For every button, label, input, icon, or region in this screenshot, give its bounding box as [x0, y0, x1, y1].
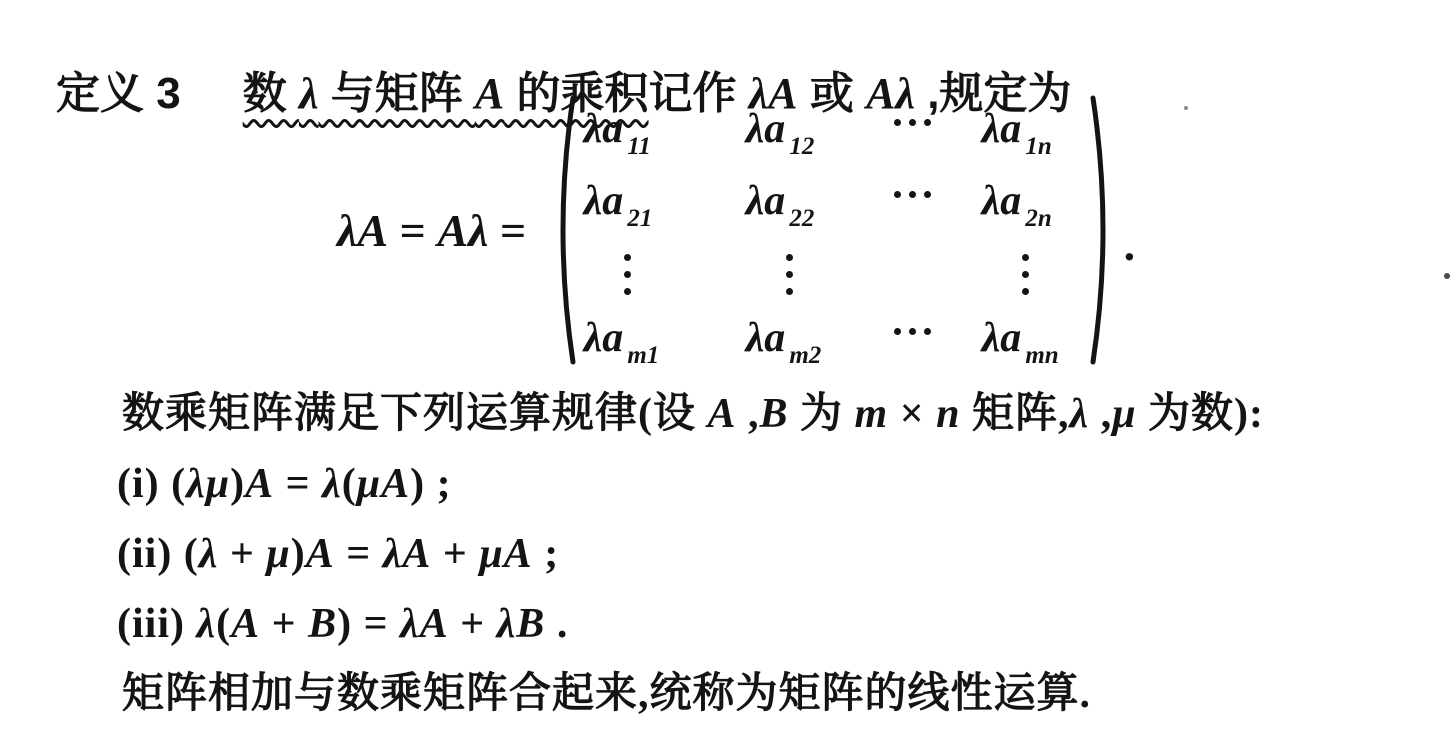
text-segment: 矩阵, — [961, 391, 1070, 437]
text-segment: μ — [266, 531, 290, 577]
definition-label: 定义 3 — [56, 69, 181, 118]
text-segment: A — [357, 205, 388, 256]
matrix-cell — [894, 126, 931, 133]
text-segment: λ — [1070, 391, 1090, 437]
text-segment: 为 — [789, 391, 855, 437]
text-segment: B — [760, 391, 789, 437]
text-segment: A — [437, 205, 468, 256]
rules-intro-paragraph: 数乘矩阵满足下列运算规律(设 A ,B 为 m × n 矩阵,λ ,μ 为数): — [122, 388, 1264, 440]
text-segment: B — [308, 601, 337, 647]
text-segment: (ii) ( — [117, 531, 199, 577]
text-segment: λ — [337, 205, 357, 256]
text-segment: A — [231, 601, 260, 647]
matrix-cell: λamn — [982, 317, 1059, 359]
closing-paragraph: 矩阵相加与数乘矩阵合起来,统称为矩阵的线性运算. — [122, 668, 1091, 720]
text-segment: (iii) — [117, 601, 196, 647]
matrix-cell: λam2 — [746, 317, 822, 359]
matrix-cell: λa12 — [746, 108, 815, 150]
text-segment: + — [449, 601, 497, 647]
text-segment: ) ; — [410, 461, 451, 507]
text-segment: × — [888, 391, 936, 437]
text-segment: m — [855, 391, 889, 437]
matrix-cell: λa2n — [982, 180, 1052, 222]
text-segment: (i) ( — [117, 461, 186, 507]
text-segment: A — [245, 461, 274, 507]
rule-item-iii: (iii) λ(A + B) = λA + λB . — [117, 598, 568, 650]
equation-lhs: λA = Aλ = — [337, 204, 538, 257]
text-segment: μ — [479, 531, 503, 577]
text-segment: = — [388, 205, 437, 256]
text-segment: = — [335, 531, 383, 577]
text-segment: λ — [199, 531, 219, 577]
matrix-cell — [894, 198, 931, 205]
rule-item-i: (i) (λμ)A = λ(μA) ; — [117, 458, 452, 510]
matrix-grid: λa11 λa12 λa1n λa21 λa22 λa2n λam1 λam2 … — [576, 94, 1090, 366]
vdots-icon — [1022, 244, 1029, 305]
text-segment: A — [306, 531, 335, 577]
matrix-cell — [584, 244, 672, 305]
text-segment: , — [1089, 391, 1112, 437]
text-segment: ) — [291, 531, 306, 577]
text-segment: A — [420, 601, 449, 647]
text-segment: + — [431, 531, 479, 577]
text-segment: 为数): — [1137, 391, 1264, 437]
matrix-cell: λa21 — [584, 180, 653, 222]
matrix-cell: λa11 — [584, 108, 651, 150]
text-segment: = — [488, 205, 537, 256]
text-segment: ; — [533, 531, 560, 577]
equation-period: . — [1124, 218, 1136, 271]
text-segment: + — [218, 531, 266, 577]
text-segment: 数 — [243, 69, 299, 118]
text-segment: + — [260, 601, 308, 647]
cdots-icon — [894, 119, 931, 126]
text-segment: 矩阵相加与数乘矩阵合起来,统称为矩阵的线性运算. — [122, 671, 1091, 717]
matrix-cell: λa22 — [746, 180, 815, 222]
text-segment: ( — [342, 461, 357, 507]
text-segment: n — [936, 391, 960, 437]
cdots-icon — [894, 328, 931, 335]
right-parenthesis — [1090, 94, 1116, 366]
text-segment: λμ — [186, 461, 230, 507]
matrix-cell: λam1 — [584, 317, 660, 359]
text-segment: μ — [357, 461, 381, 507]
vdots-icon — [624, 244, 631, 305]
text-segment: A — [381, 461, 410, 507]
text-segment: A — [504, 531, 533, 577]
text-segment: A — [402, 531, 431, 577]
matrix-cell — [982, 244, 1070, 305]
text-segment: λ — [400, 601, 420, 647]
matrix-cell: λa1n — [982, 108, 1052, 150]
scan-speck — [1184, 106, 1188, 110]
text-segment: ) = — [337, 601, 400, 647]
cdots-icon — [894, 191, 931, 198]
vdots-icon — [786, 244, 793, 305]
matrix-cell — [746, 244, 834, 305]
matrix-equation: λA = Aλ = λa11 λa12 λa1n λa21 λa22 λa2n … — [337, 92, 1135, 368]
text-segment: ) — [230, 461, 245, 507]
matrix-cell — [894, 335, 931, 342]
text-segment: = — [274, 461, 322, 507]
text-segment: λ — [322, 461, 342, 507]
text-segment: B — [516, 601, 545, 647]
text-segment: λ — [299, 69, 319, 118]
text-segment: . — [545, 601, 568, 647]
text-segment: λ — [497, 601, 517, 647]
text-segment: λ — [383, 531, 403, 577]
text-segment: A — [708, 391, 737, 437]
scan-speck — [1444, 273, 1450, 279]
textbook-page: 定义 3数 λ 与矩阵 A 的乘积记作 λA 或 Aλ ,规定为 λA = Aλ… — [0, 0, 1456, 750]
text-segment: λ — [468, 205, 488, 256]
rule-item-ii: (ii) (λ + μ)A = λA + μA ; — [117, 528, 559, 580]
text-segment: 数乘矩阵满足下列运算规律(设 — [122, 391, 708, 437]
text-segment: , — [737, 391, 760, 437]
text-segment: λ — [196, 601, 216, 647]
text-segment: μ — [1112, 391, 1136, 437]
text-segment: ( — [216, 601, 231, 647]
left-parenthesis — [550, 94, 576, 366]
